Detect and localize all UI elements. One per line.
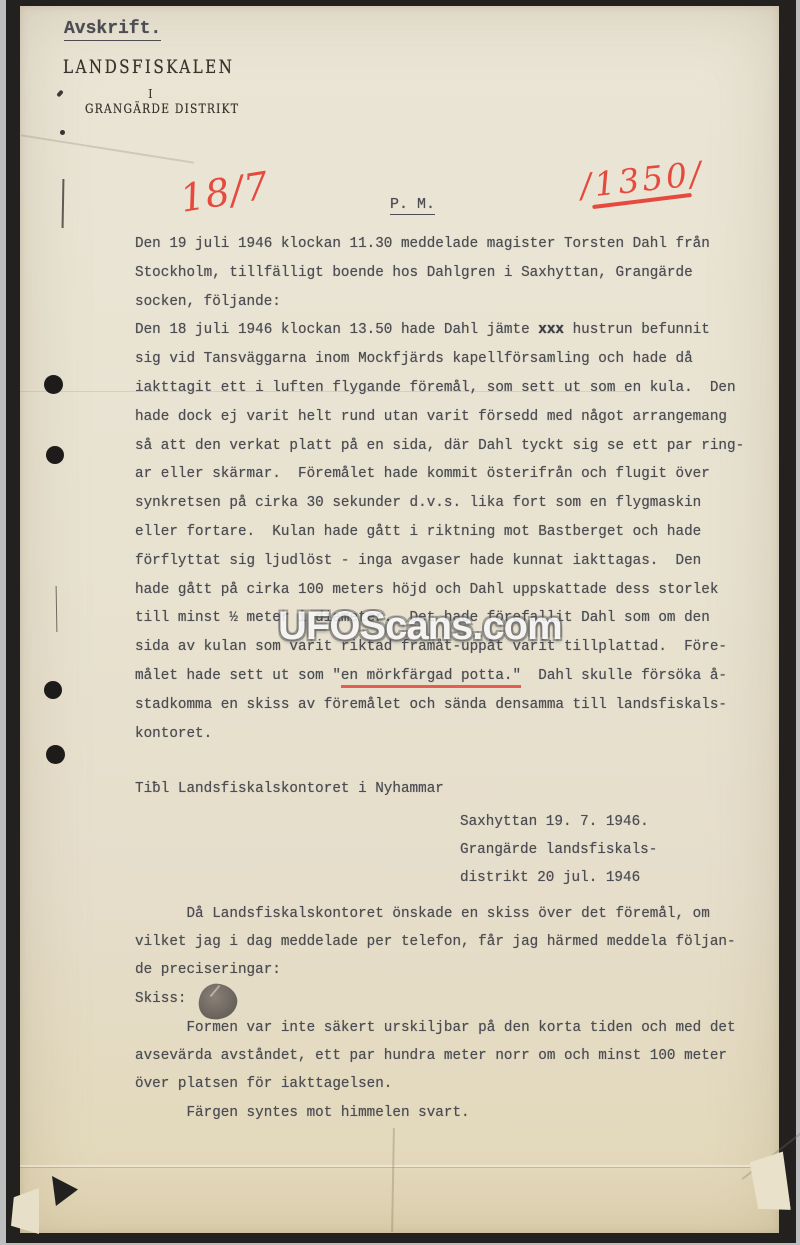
- letterhead-i: I: [148, 87, 153, 101]
- memo-line: så att den verkat platt på en sida, där …: [135, 432, 775, 461]
- address-line-text: Tiƀl Landsfiskalskontoret i Nyhammar: [135, 775, 775, 804]
- date-block-line: Grangärde landsfiskals-: [460, 836, 657, 864]
- staple-mark: [60, 130, 65, 135]
- punch-hole: [44, 681, 62, 699]
- memo-line: hade dock ej varit helt rund utan varit …: [135, 403, 775, 432]
- red-underlined-phrase: en mörkfärgad potta.": [341, 668, 521, 688]
- date-block: Saxhyttan 19. 7. 1946. Grangärde landsfi…: [460, 808, 657, 893]
- memo-line: målet hade sett ut som "en mörkfärgad po…: [135, 662, 775, 691]
- memo-line: eller fortare. Kulan hade gått i riktnin…: [135, 518, 775, 547]
- punch-hole: [46, 745, 65, 764]
- closing-line: över platsen för iakttagelsen.: [135, 1070, 775, 1098]
- memo-line: stadkomma en skiss av föremålet och sänd…: [135, 691, 775, 720]
- memo-line: synkretsen på cirka 30 sekunder d.v.s. l…: [135, 489, 775, 518]
- copy-label-text: Avskrift.: [64, 19, 161, 41]
- reply-line: de preciseringar:: [135, 956, 775, 984]
- punch-hole: [46, 446, 64, 464]
- scanned-document-page: Avskrift. LANDSFISKALEN I GRANGÄRDE DIST…: [0, 0, 800, 1245]
- date-block-line: Saxhyttan 19. 7. 1946.: [460, 808, 657, 836]
- memo-line: kontoret.: [135, 720, 775, 749]
- address-line: Tiƀl Landsfiskalskontoret i Nyhammar: [135, 775, 775, 804]
- closing-line: Färgen syntes mot himmelen svart.: [135, 1099, 775, 1127]
- reply-line: vilket jag i dag meddelade per telefon, …: [135, 928, 775, 956]
- memo-line: hade gått på cirka 100 meters höjd och D…: [135, 576, 775, 605]
- memo-line: socken, följande:: [135, 288, 775, 317]
- letterhead-name: LANDSFISKALEN: [63, 56, 234, 78]
- memo-line-segment: hustrun befunnit: [564, 322, 710, 338]
- punch-hole: [44, 375, 63, 394]
- watermark: UFOScans.com: [278, 604, 532, 649]
- memo-paragraph: Den 19 juli 1946 klockan 11.30 meddelade…: [135, 230, 775, 748]
- memo-line: Den 19 juli 1946 klockan 11.30 meddelade…: [135, 230, 775, 259]
- reply-line: Då Landsfiskalskontoret önskade en skiss…: [135, 900, 775, 928]
- memo-line: förflyttat sig ljudlöst - inga avgaser h…: [135, 547, 775, 576]
- letterhead-district: GRANGÄRDE DISTRIKT: [85, 102, 239, 117]
- memo-title: P. M.: [390, 196, 435, 213]
- memo-line: Stockholm, tillfälligt boende hos Dahlgr…: [135, 259, 775, 288]
- memo-line-segment: Dahl skulle försöka å-: [521, 668, 727, 684]
- memo-line: Den 18 juli 1946 klockan 13.50 hade Dahl…: [135, 316, 775, 345]
- memo-line: sig vid Tansväggarna inom Mockfjärds kap…: [135, 345, 775, 374]
- memo-line-segment: målet hade sett ut som ": [135, 668, 341, 684]
- overstruck-text: xxx: [538, 322, 564, 338]
- closing-line: Formen var inte säkert urskiljbar på den…: [135, 1014, 775, 1042]
- closing-paragraph: Formen var inte säkert urskiljbar på den…: [135, 1014, 775, 1127]
- memo-line-segment: Den 18 juli 1946 klockan 13.50 hade Dahl…: [135, 322, 538, 338]
- memo-title-text: P. M.: [390, 196, 435, 215]
- copy-label: Avskrift.: [64, 19, 161, 39]
- closing-line: avsevärda avståndet, ett par hundra mete…: [135, 1042, 775, 1070]
- memo-line: iakttagit ett i luften flygande föremål,…: [135, 374, 775, 403]
- memo-line: ar eller skärmar. Föremålet hade kommit …: [135, 460, 775, 489]
- skiss-label: Skiss:: [135, 991, 186, 1007]
- date-block-line: distrikt 20 jul. 1946: [460, 864, 657, 892]
